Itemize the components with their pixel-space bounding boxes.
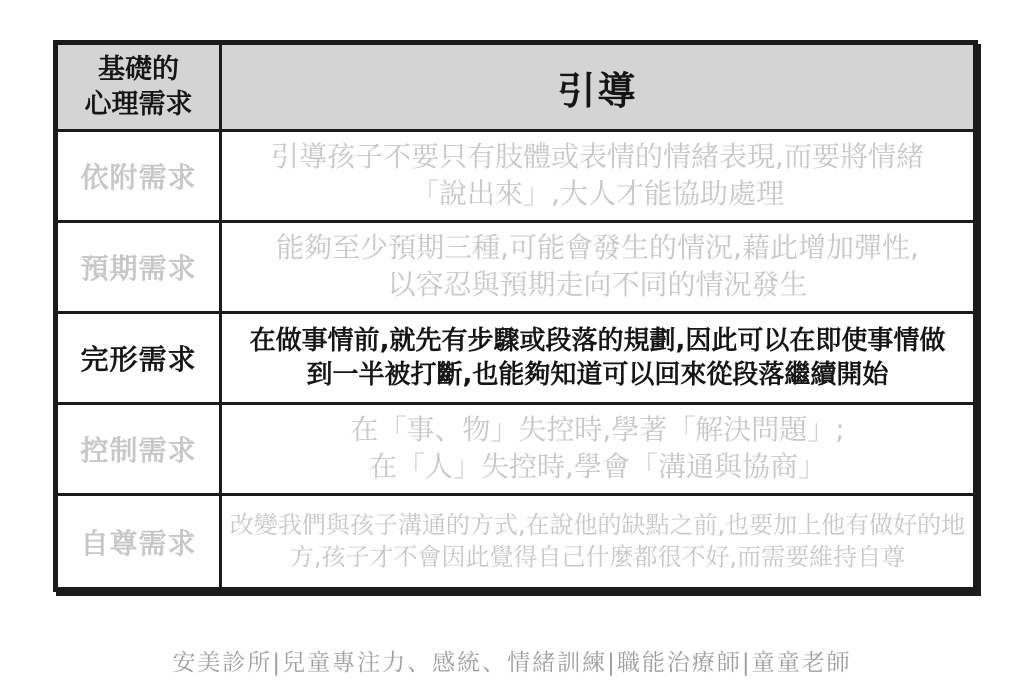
need-description: 在「事、物」失控時,學著「解決問題」; 在「人」失控時,學會「溝通與協商」 (221, 404, 976, 495)
need-description: 改變我們與孩子溝通的方式,在說他的缺點之前,也要加上他有做好的地 方,孩子才不會… (221, 495, 976, 590)
row-control-need: 控制需求 在「事、物」失控時,學著「解決問題」; 在「人」失控時,學會「溝通與協… (56, 404, 976, 495)
need-label: 預期需求 (56, 222, 221, 313)
need-description: 在做事情前,就先有步驟或段落的規劃,因此可以在即使事情做 到一半被打斷,也能夠知… (221, 313, 976, 404)
row-gestalt-need: 完形需求 在做事情前,就先有步驟或段落的規劃,因此可以在即使事情做 到一半被打斷… (56, 313, 976, 404)
clinic-credit-line: 安美診所|兒童專注力、感統、情緒訓練|職能治療師|童童老師 (0, 644, 1024, 677)
header-cell-guidance: 引導 (221, 43, 976, 131)
need-label: 控制需求 (56, 404, 221, 495)
infographic-canvas: 基礎的 心理需求 引導 依附需求 引導孩子不要只有肢體或表情的情緒表現,而要將情… (0, 0, 1024, 690)
need-description: 引導孩子不要只有肢體或表情的情緒表現,而要將情緒 「說出來」,大人才能協助處理 (221, 131, 976, 222)
psychological-needs-table: 基礎的 心理需求 引導 依附需求 引導孩子不要只有肢體或表情的情緒表現,而要將情… (53, 40, 978, 592)
header-cell-basic-needs: 基礎的 心理需求 (56, 43, 221, 131)
need-label: 完形需求 (56, 313, 221, 404)
table-header-row: 基礎的 心理需求 引導 (56, 43, 976, 131)
need-label: 依附需求 (56, 131, 221, 222)
row-anticipation-need: 預期需求 能夠至少預期三種,可能會發生的情況,藉此增加彈性, 以容忍與預期走向不… (56, 222, 976, 313)
need-description: 能夠至少預期三種,可能會發生的情況,藉此增加彈性, 以容忍與預期走向不同的情況發… (221, 222, 976, 313)
need-label: 自尊需求 (56, 495, 221, 590)
row-attachment-need: 依附需求 引導孩子不要只有肢體或表情的情緒表現,而要將情緒 「說出來」,大人才能… (56, 131, 976, 222)
row-self-esteem-need: 自尊需求 改變我們與孩子溝通的方式,在說他的缺點之前,也要加上他有做好的地 方,… (56, 495, 976, 590)
